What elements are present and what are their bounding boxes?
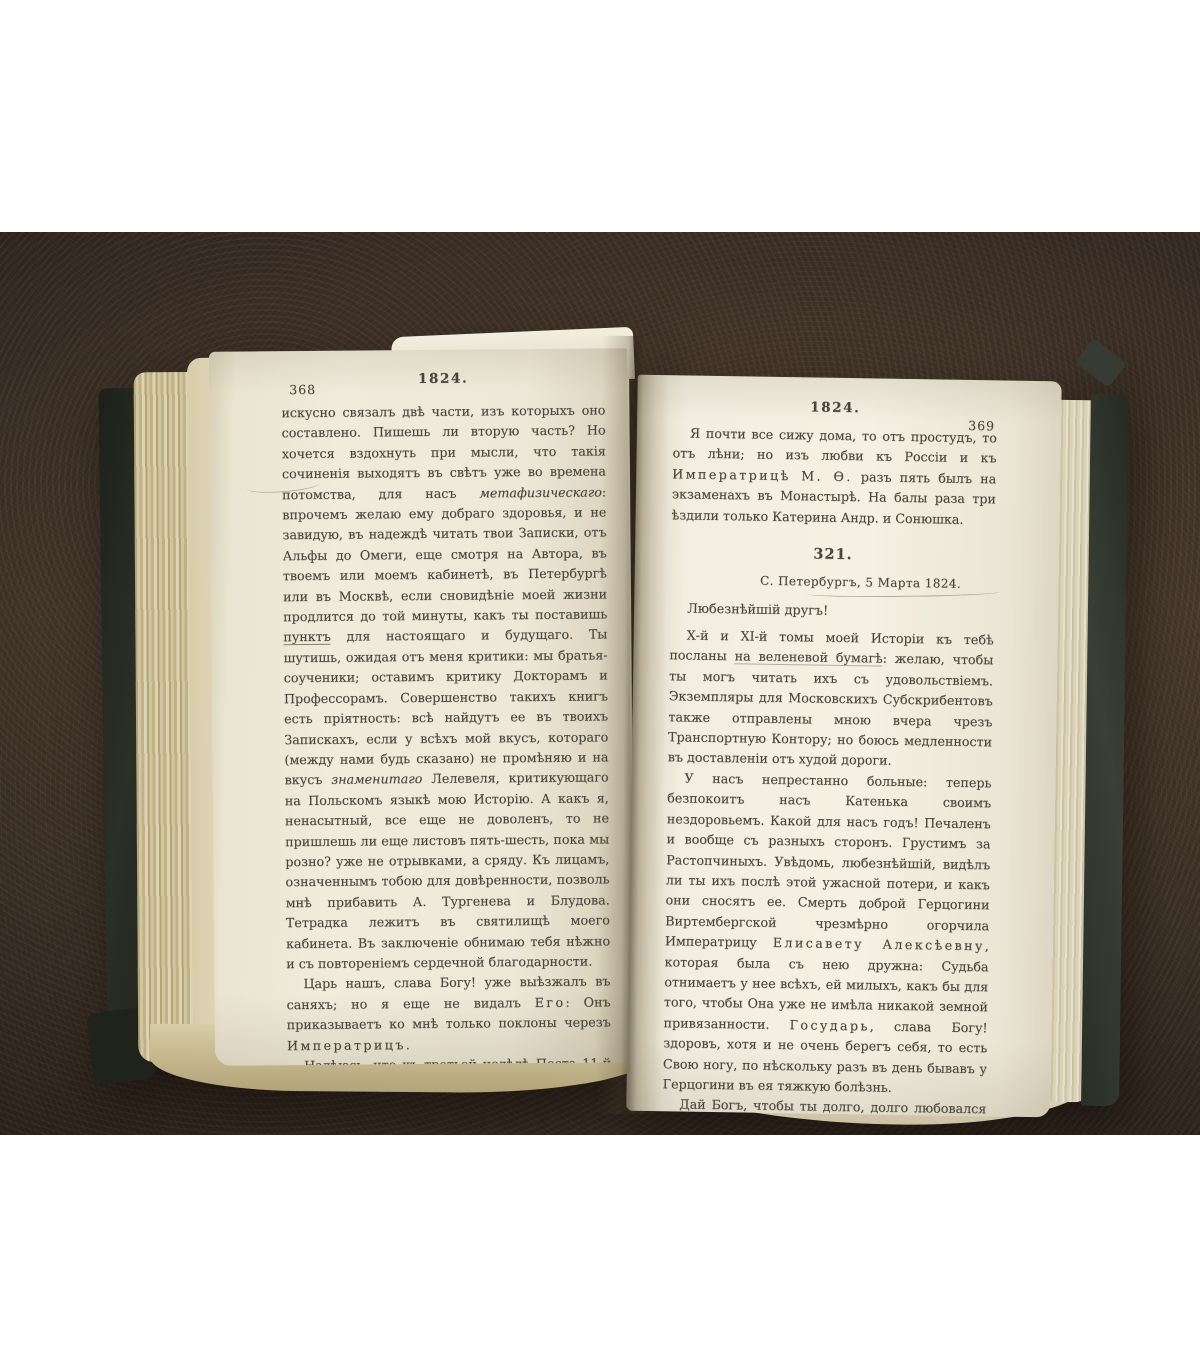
right-running-head: 1824.: [673, 397, 997, 418]
book-photo: 368 1824. искусно связалъ двѣ части, изъ…: [0, 0, 1200, 1372]
left-page-body: искусно связалъ двѣ части, изъ которыхъ …: [281, 400, 612, 1065]
paragraph: У насъ непрестанно больные: теперь безпо…: [663, 768, 992, 1100]
letter-number: 321.: [671, 543, 995, 565]
letter-salutation: Любезнѣйшій другъ!: [670, 601, 994, 621]
right-page-intro: Я почти все сижу дома, то отъ простудъ, …: [671, 423, 997, 530]
top-white-band: [0, 0, 1200, 232]
right-page: 1824. 369 Я почти все сижу дома, то отъ …: [626, 375, 1062, 1118]
right-cover-top-corner: [1075, 338, 1127, 387]
right-page-header: 1824. 369: [673, 387, 998, 428]
left-page: 368 1824. искусно связалъ двѣ части, изъ…: [209, 348, 633, 1066]
leather-background: 368 1824. искусно связалъ двѣ части, изъ…: [0, 232, 1200, 1135]
paragraph: искусно связалъ двѣ части, изъ которыхъ …: [281, 400, 610, 974]
left-page-text: 368 1824. искусно связалъ двѣ части, изъ…: [281, 364, 613, 1065]
right-page-number: 369: [968, 418, 995, 433]
paragraph: Х-й и XI-й томы моей Исторіи къ тебѣ пос…: [668, 625, 994, 773]
left-running-head: 1824.: [281, 369, 605, 388]
left-page-header: 368 1824.: [281, 364, 605, 403]
open-book: 368 1824. искусно связалъ двѣ части, изъ…: [0, 232, 1200, 1135]
paragraph: Я почти все сижу дома, то отъ простудъ, …: [671, 423, 997, 530]
right-page-text: 1824. 369 Я почти все сижу дома, то отъ …: [660, 387, 997, 1117]
bottom-white-band: [0, 1135, 1200, 1372]
letter-dateline: С. Петербургъ, 5 Марта 1824.: [726, 573, 994, 591]
paragraph: Царь нашъ, слава Богу! уже выѣзжалъ въ с…: [286, 972, 611, 1056]
right-page-body: Х-й и XI-й томы моей Исторіи къ тебѣ пос…: [661, 625, 994, 1117]
